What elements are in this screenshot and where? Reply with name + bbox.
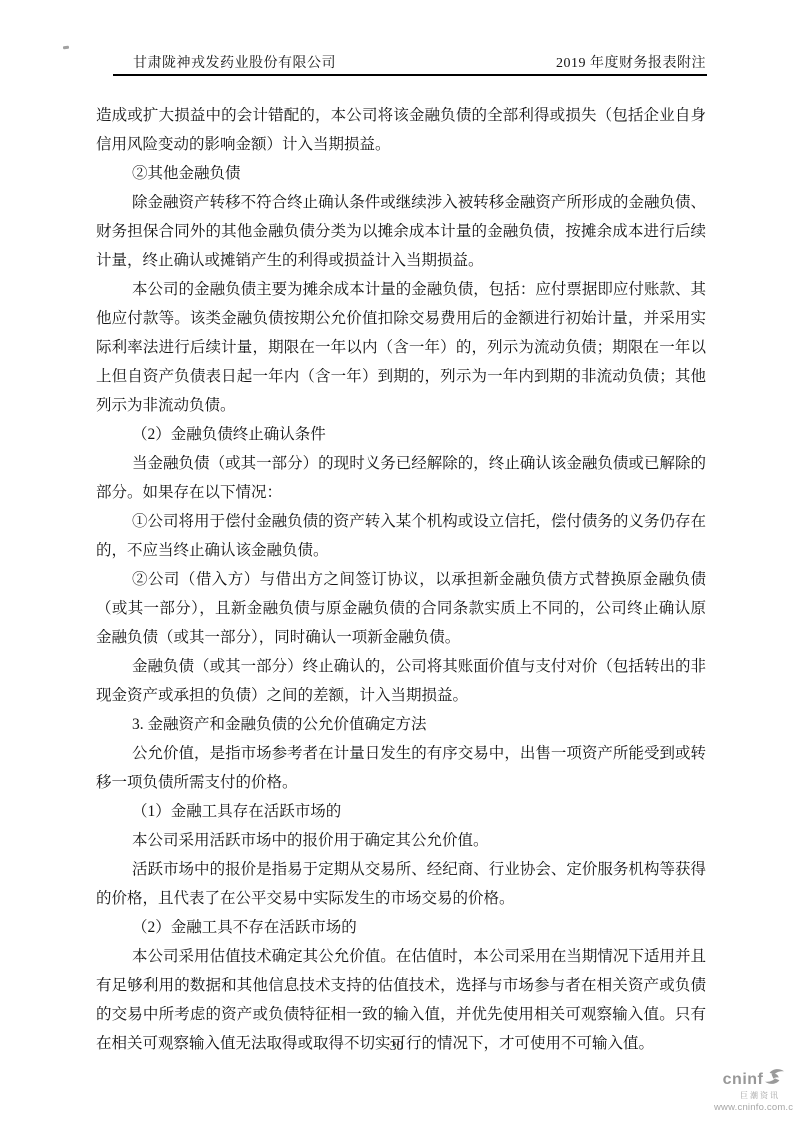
body-paragraph-10: 3. 金融资产和金融负债的公允价值确定方法 (96, 710, 706, 739)
cninfo-website-url: www.cninfo.com.cn (714, 1103, 793, 1113)
cninfo-logo-row: cninf (714, 1070, 793, 1090)
body-paragraph-13: 本公司采用活跃市场中的报价用于确定其公允价值。 (96, 826, 706, 855)
header-company-name: 甘肃陇神戎发药业股份有限公司 (133, 55, 336, 72)
body-paragraph-6: 当金融负债（或其一部分）的现时义务已经解除的，终止确认该金融负债或已解除的部分。… (96, 449, 706, 507)
header-report-title: 2019 年度财务报表附注 (556, 55, 706, 72)
page-number: 30 (0, 1038, 793, 1054)
body-paragraph-9: 金融负债（或其一部分）终止确认的，公司将其账面价值与支付对价（包括转出的非现金资… (96, 652, 706, 710)
document-body: 造成或扩大损益中的会计错配的，本公司将该金融负债的全部利得或损失（包括企业自身信… (96, 101, 706, 1058)
header-divider-rule (113, 74, 707, 76)
body-paragraph-5: （2）金融负债终止确认条件 (96, 420, 706, 449)
body-paragraph-8: ②公司（借入方）与借出方之间签订协议，以承担新金融负债方式替换原金融负债（或其一… (96, 565, 706, 652)
body-paragraph-2: ②其他金融负债 (96, 159, 706, 188)
body-paragraph-14: 活跃市场中的报价是指易于定期从交易所、经纪商、行业协会、定价服务机构等获得的价格… (96, 855, 706, 913)
body-paragraph-1: 造成或扩大损益中的会计错配的，本公司将该金融负债的全部利得或损失（包括企业自身信… (96, 101, 706, 159)
body-paragraph-15: （2）金融工具不存在活跃市场的 (96, 913, 706, 942)
cninfo-brand-chinese: 巨潮资讯 (726, 1092, 793, 1100)
scan-artifact (63, 46, 69, 50)
body-paragraph-4: 本公司的金融负债主要为摊余成本计量的金融负债，包括：应付票据即应付账款、其他应付… (96, 275, 706, 420)
cninfo-watermark: cninf 巨潮资讯 www.cninfo.com.cn (714, 1070, 793, 1113)
body-paragraph-11: 公允价值，是指市场参考者在计量日发生的有序交易中，出售一项资产所能受到或转移一项… (96, 739, 706, 797)
cninfo-swirl-icon (764, 1067, 785, 1090)
body-paragraph-3: 除金融资产转移不符合终止确认条件或继续涉入被转移金融资产所形成的金融负债、财务担… (96, 188, 706, 275)
document-page: 甘肃陇神戎发药业股份有限公司 2019 年度财务报表附注 造成或扩大损益中的会计… (0, 0, 793, 1122)
body-paragraph-12: （1）金融工具存在活跃市场的 (96, 797, 706, 826)
cninfo-brand-text: cninf (723, 1072, 764, 1088)
body-paragraph-7: ①公司将用于偿付金融负债的资产转入某个机构或设立信托，偿付债务的义务仍存在的，不… (96, 507, 706, 565)
